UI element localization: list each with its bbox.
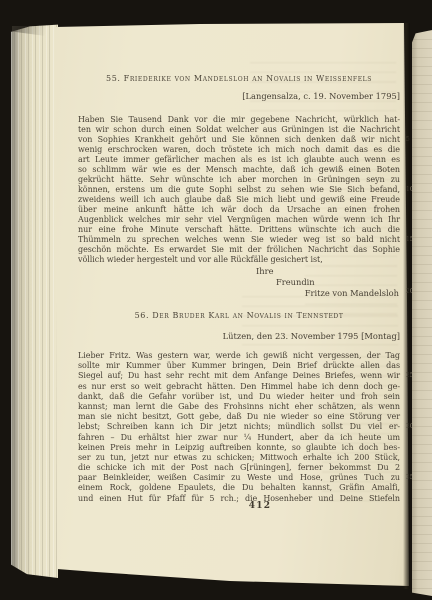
text-line: art Leute immer gefärlicher machen als e… — [78, 155, 400, 165]
scanned-book-page: 55. Friederike von Mandelsloh an Novalis… — [0, 0, 432, 600]
text-line: so schlimm wär wie es der Mensch machte,… — [78, 165, 400, 175]
text-line: Augenblick welches mir sehr viel Vergnüg… — [78, 215, 400, 225]
text-line: die schicke ich mit der Post nach G[rüni… — [78, 463, 400, 473]
text-line: über meine ankunft hätte ich wär doch da… — [78, 205, 400, 215]
text-line: sollte mir Kummer über Kummer bringen, D… — [78, 361, 400, 371]
text-line: Siegel auf; Du hast sehr recht mit dem A… — [78, 371, 400, 381]
text-line: lebst; Schreiben kann ich Dir jetzt nich… — [78, 422, 400, 432]
signature-line: Ihre — [256, 266, 274, 276]
signature-name: Fritze von Mandelsloh — [305, 288, 399, 298]
text-line: einem Rock, goldene Epaulets, die Du beh… — [78, 483, 400, 493]
text-line: man sie nicht besitzt, Gott gebe, daß Du… — [78, 412, 400, 422]
text-line: kannst; man lernt die Gabe des Frohsinns… — [78, 402, 400, 412]
text-line: können, erstens um die gute Sophi selbst… — [78, 185, 400, 195]
text-line: es nur erst so weit gebracht hätten. Den… — [78, 382, 400, 392]
text-line: ser zu tun, jetzt nur etwas zu schicken;… — [78, 453, 400, 463]
text-line: fahren – Du erhältst hier zwar nur ¼ Hun… — [78, 433, 400, 443]
letter-56-dateline: Lützen, den 23. November 1795 [Montag] — [223, 331, 400, 341]
text-line: völlich wieder hergestelt und vor alle R… — [78, 255, 400, 265]
signature-line: Freundin — [276, 277, 315, 287]
text-line: ten wir schon durch einen Soldat welcher… — [78, 125, 400, 135]
text-line: paar Beinkleider, weißen Casimir zu West… — [78, 473, 400, 483]
text-line: zweidens weill ich auch glaube daß Sie m… — [78, 195, 400, 205]
letter-55-heading: 55. Friederike von Mandelsloh an Novalis… — [78, 74, 400, 83]
letter-55-dateline: [Langensalza, c. 19. November 1795] — [242, 91, 400, 101]
letter-55: 55. Friederike von Mandelsloh an Novalis… — [78, 74, 400, 306]
text-line: dankt, daß die Gefahr vorüber ist, und D… — [78, 392, 400, 402]
text-line: Haben Sie Tausend Dank vor die mir gegeb… — [78, 115, 400, 125]
facing-page-edge — [412, 30, 432, 596]
text-line: Thümmeln zu sprechen welches wenn Sie wi… — [78, 235, 400, 245]
letter-56-heading: 56. Der Bruder Karl an Novalis in Tennst… — [78, 311, 400, 320]
text-line: Lieber Fritz. Was gestern war, werde ich… — [78, 351, 400, 361]
text-line: keinen Preis mehr in Leipzig auftreiben … — [78, 443, 400, 453]
page-number: 412 — [160, 501, 360, 511]
text-line: geschön möchte. Es erwardet Sie mit der … — [78, 245, 400, 255]
text-line: gekrücht hätte. Sehr wünschte ich aber m… — [78, 175, 400, 185]
letter-55-body: Haben Sie Tausend Dank vor die mir gegeb… — [78, 115, 400, 265]
text-line: wenig erschrocken waren, doch tröstete i… — [78, 145, 400, 155]
letter-56-body: Lieber Fritz. Was gestern war, werde ich… — [78, 351, 400, 504]
letter-56: 56. Der Bruder Karl an Novalis in Tennst… — [78, 311, 400, 511]
text-line: nur eine frohe Minute verschaft hätte. D… — [78, 225, 400, 235]
book-gutter-shadow — [403, 23, 410, 589]
text-line: von Sophies Krankheit gehört und Sie kön… — [78, 135, 400, 145]
page-edge-stack — [11, 23, 58, 578]
